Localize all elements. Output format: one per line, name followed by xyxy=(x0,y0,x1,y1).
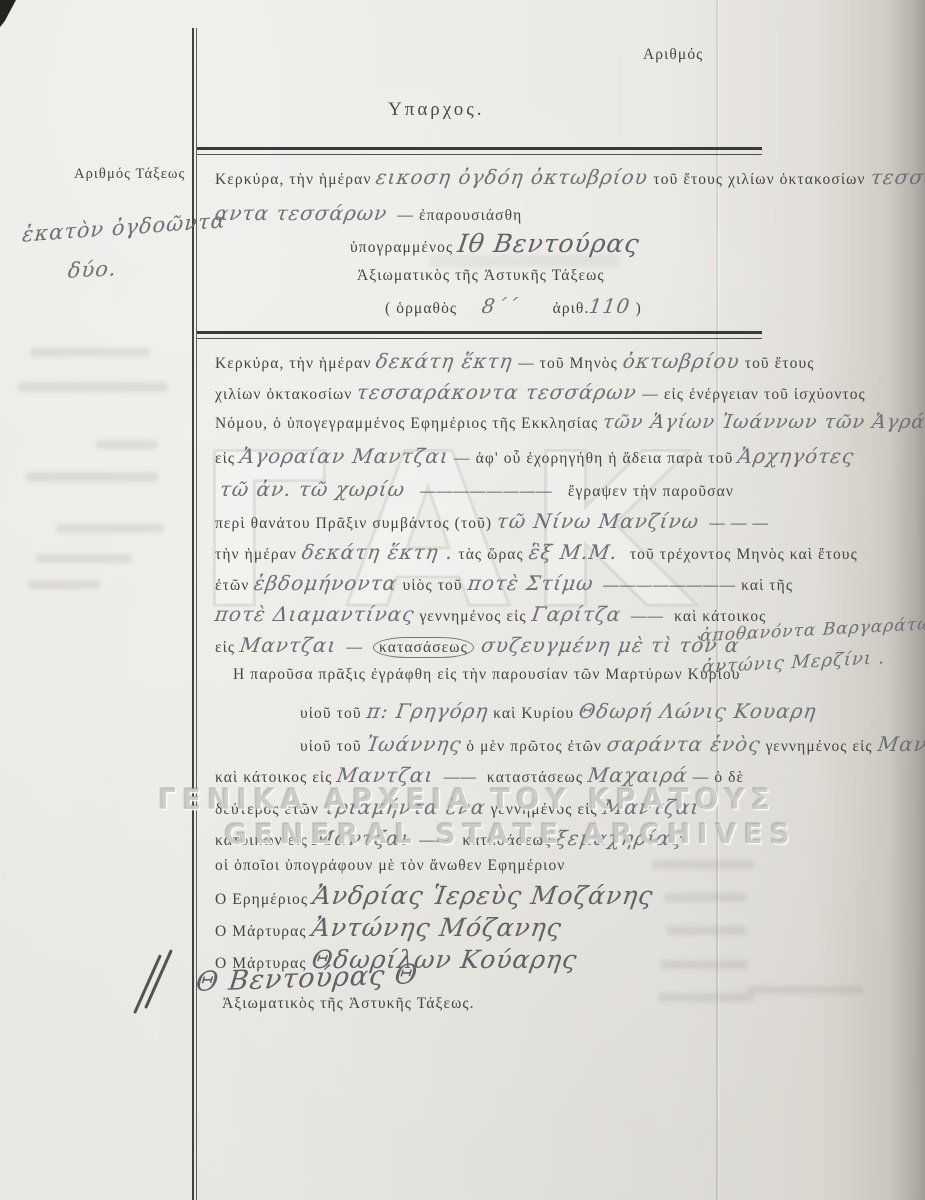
officer-title-footer: Ἀξιωματικὸς τῆς Ἀστυκῆς Τάξεως. xyxy=(222,995,475,1013)
witness1-father-line: υἱοῦ τοῦ π: Γρηγόρη καὶ Κυρίου Θδωρή Λών… xyxy=(300,699,817,723)
printed-text: ( ὁρμαθὸς xyxy=(385,300,482,317)
handwritten-text: Θ Βεντούρας Θ xyxy=(194,959,419,998)
handwritten-text: δύο. xyxy=(67,256,118,283)
handwritten-text: Ἰωάννης xyxy=(365,732,463,756)
printed-text: κατασάσεως xyxy=(373,637,474,658)
printed-text: Κερκύρα, τὴν ἡμέραν xyxy=(215,171,376,188)
witness1-signature-line: Ο Μάρτυρας Ἀντώνης Μόζανης xyxy=(215,913,561,942)
officer-title-line: Ἀξιωματικὸς τῆς Ἀστυκῆς Τάξεως xyxy=(357,267,605,285)
act-mother-birthplace-line: ποτὲ Διαμαντίνας γεννημένος εἰς Γαρίτζα … xyxy=(215,602,766,626)
printed-text: Ἀξιωματικὸς τῆς Ἀστυκῆς Τάξεως. xyxy=(222,995,475,1012)
handwritten-text: τριαμήντα ἕνα xyxy=(322,795,487,819)
bleed-through-mark xyxy=(652,860,754,869)
act-age-father-line: ἐτῶν ἑβδομήνοντα υἱὸς τοῦ ποτὲ Στίμω ———… xyxy=(215,571,793,595)
printed-text: Ἀξιωματικὸς τῆς Ἀστυκῆς Τάξεως xyxy=(357,267,605,284)
act-dateline: Κερκύρα, τὴν ἡμέραν δεκάτη ἕκτη — τοῦ Μη… xyxy=(215,349,814,373)
printed-text: ———————— καὶ τῆς xyxy=(593,577,793,594)
handwritten-text: Ἀγοραίαν Μαντζαι xyxy=(238,444,450,468)
handwritten-text: Γαρίτζα xyxy=(530,602,623,626)
handwritten-text: Μαντζαι xyxy=(311,826,411,850)
officer-signature: Θ Βεντούρας Θ xyxy=(196,959,419,998)
handwritten-text: δεκάτη ἕκτη xyxy=(375,349,515,373)
printed-text: —— καταστάσεως xyxy=(434,769,588,786)
printed-text: υἱοῦ τοῦ xyxy=(300,738,367,755)
printed-text: υἱὸς τοῦ xyxy=(398,577,468,594)
witness-residence-status-line: καὶ κάτοικος εἰς Μαντζαι —— καταστάσεως … xyxy=(215,763,744,787)
act-parish-line: εἰς Ἀγοραίαν Μαντζαι — ἀφ' οὗ ἐχορηγήθη … xyxy=(215,444,855,468)
handwritten-text: τεσσαρά - xyxy=(869,165,925,189)
printed-text: — τοῦ Μηνὸς xyxy=(513,355,623,372)
printed-text: Ο Ερημέριος xyxy=(215,891,313,908)
bleed-through-mark xyxy=(666,926,746,935)
act-year-line: χιλίων ὀκτακοσίων τεσσαράκοντα τεσσάρων … xyxy=(215,380,866,404)
witness2-residence-line: κατοικῶν εἰς Μαντζαι —— κατασάσεως ξεμαχ… xyxy=(215,826,683,850)
handwritten-text: τῶν Ἁγίων Ἰωάννων τῶν Ἀγράφων xyxy=(602,411,925,433)
order-number-label: Αριθμός Τάξεως xyxy=(74,166,185,183)
printed-text: εἰς xyxy=(215,450,240,467)
printed-text: οἱ ὁποῖοι ὑπογράφουν μὲ τὸν ἄνωθεν Εφημέ… xyxy=(215,857,565,874)
handwritten-text: τεσσαράκοντα τεσσάρων xyxy=(356,380,639,404)
handwritten-text: Μαντζαι xyxy=(336,763,436,787)
printed-text: τοῦ τρέχοντος Μηνὸς καὶ ἔτους xyxy=(625,546,858,563)
handwritten-text: Ἀντώνης Μόζανης xyxy=(310,913,564,942)
handwritten-text: Ἀνδρίας Ἱερεὺς Μοζάνης xyxy=(311,881,655,910)
signatures-intro-line: οἱ ὁποῖοι ὑπογράφουν μὲ τὸν ἄνωθεν Εφημέ… xyxy=(215,857,565,875)
printed-text: τὰς ὥρας xyxy=(453,546,528,563)
bleed-through-mark xyxy=(658,993,754,1002)
printed-text: χιλίων ὀκτακοσίων xyxy=(215,386,357,403)
bleed-through-mark xyxy=(746,986,864,994)
act-death-day-line: τὴν ἡμέραν δεκάτη ἕκτη . τὰς ὥρας ἓξ Μ.Μ… xyxy=(215,540,858,564)
bleed-through-mark xyxy=(30,348,150,357)
bleed-through-mark xyxy=(96,440,158,449)
section-divider-rule-bottom xyxy=(197,331,762,339)
printed-text: — ἐπαρουσιάσθη xyxy=(387,207,522,224)
handwritten-text: τῶ Νίνω Μανζίνω xyxy=(495,509,701,533)
printed-text: καὶ κάτοικος εἰς xyxy=(215,769,337,786)
handwritten-text: 110 xyxy=(588,294,633,318)
page-title: Υπαρχος. xyxy=(388,99,485,121)
handwritten-text: Ἀρχηγότες xyxy=(737,444,857,468)
undersigned-signature-line: ὑπογραμμένος Ιθ Βεντούρας xyxy=(350,229,640,258)
handwritten-text: σαράντα ἑνὸς xyxy=(605,732,762,756)
printed-text: τοῦ ἔτους χιλίων ὀκτακοσίων xyxy=(648,171,870,188)
handwritten-text: ὀκτωβρίου xyxy=(621,349,741,373)
printed-text: περὶ θανάτου Πρᾶξιν συμβάντος (τοῦ) xyxy=(215,515,497,532)
bundle-number-line: ( ὁρμαθὸς 8΄΄ ἀριθ.110 ) xyxy=(385,294,642,318)
bleed-through-mark xyxy=(28,580,100,589)
handwritten-text: Ιθ Βεντούρας xyxy=(456,229,642,258)
printed-text: — — — xyxy=(699,515,769,532)
handwritten-text: 8΄΄ xyxy=(480,294,519,318)
number-label: Αριθμός xyxy=(643,46,703,64)
act-priest-church-line: Νόμου, ὁ ὑπογεγραμμένος Εφημέριος τῆς Εκ… xyxy=(215,411,925,433)
printed-text: τὴν ἡμέραν xyxy=(215,546,302,563)
bleed-through-mark xyxy=(26,472,158,482)
printed-text: γεννημένος εἰς xyxy=(761,738,878,755)
bleed-through-mark xyxy=(660,960,748,969)
priest-signature-line: Ο Ερημέριος Ἀνδρίας Ἱερεὺς Μοζάνης xyxy=(215,881,653,910)
printed-text: τοῦ ἔτους xyxy=(740,355,815,372)
handwritten-text: αντα τεσσάρων xyxy=(213,201,389,225)
printed-text: —— κατασάσεως xyxy=(409,832,556,849)
printed-text: καὶ Κυρίου xyxy=(488,705,579,722)
printed-text: Ο Μάρτυρας xyxy=(215,923,312,940)
printed-text: γεννημένος εἰς xyxy=(415,608,532,625)
printed-text: ἐτῶν xyxy=(215,577,254,594)
printed-text: Νόμου, ὁ ὑπογεγραμμένος Εφημέριος τῆς Εκ… xyxy=(215,415,603,432)
document-page: ΓΑΚ Αριθμός Υπαρχος. Αριθμός Τάξεως ἑκατ… xyxy=(0,0,925,1200)
handwritten-text: π: Γρηγόρη xyxy=(365,699,490,723)
printed-text: — εἰς ἐνέργειαν τοῦ ἰσχύοντος xyxy=(637,386,865,403)
printed-text: ———————— ἔγραψεν τὴν παροῦσαν xyxy=(405,483,734,500)
printed-text: Κερκύρα, τὴν ἡμέραν xyxy=(215,355,376,372)
bleed-through-mark xyxy=(664,893,746,902)
handwritten-text: ποτὲ Διαμαντίνας xyxy=(213,602,416,626)
handwritten-text: Μαντζαι xyxy=(601,795,701,819)
section-divider-rule-top xyxy=(197,147,762,155)
printed-text: ) xyxy=(631,300,642,317)
printed-text: ὁ μὲν πρῶτος ἐτῶν xyxy=(461,738,607,755)
printed-text: γεννημένος εἰς xyxy=(486,801,603,818)
handwritten-text: Θδωρή Λώνις Κουαρη xyxy=(577,699,818,723)
handwritten-text: ξεμαχηρίας xyxy=(554,826,684,850)
bleed-through-mark xyxy=(56,524,164,533)
scan-corner-mark xyxy=(0,0,16,27)
printed-text: — ἀφ' οὗ ἐχορηγήθη ἡ ἄδεια παρὰ τοῦ xyxy=(449,450,738,467)
printed-text: δεύτερος ἐτῶν xyxy=(215,801,324,818)
witness2-age-line: δεύτερος ἐτῶν τριαμήντα ἕνα γεννημένος ε… xyxy=(215,795,699,819)
printed-text: — ὁ δὲ xyxy=(688,769,744,786)
handwritten-text: τῶ ἀν. τῶ χωρίω xyxy=(218,477,407,501)
handwritten-text: Μαχαιρά xyxy=(586,763,689,787)
printed-text: κατοικῶν εἰς xyxy=(215,832,313,849)
handwritten-text: ἑβδομήνοντα xyxy=(253,571,400,595)
presentation-dateline-cont: αντα τεσσάρων — ἐπαρουσιάσθη xyxy=(215,201,522,225)
handwritten-text: Μαντζαι xyxy=(238,633,338,657)
act-deceased-line: περὶ θανάτου Πρᾶξιν συμβάντος (τοῦ) τῶ Ν… xyxy=(215,509,769,533)
presentation-dateline: Κερκύρα, τὴν ἡμέραν εικοση ὀγδόη ὀκτωβρί… xyxy=(215,165,925,189)
act-village-line: τῶ ἀν. τῶ χωρίω ———————— ἔγραψεν τὴν παρ… xyxy=(220,477,734,501)
printed-text: ἀριθ. xyxy=(518,300,590,317)
printed-text: Η παροῦσα πρᾶξις ἐγράφθη εἰς τὴν παρουσί… xyxy=(233,666,740,683)
handwritten-text: ἓξ Μ.Μ. xyxy=(527,540,627,564)
handwritten-text: Μαντζαι xyxy=(876,732,925,756)
bleed-through-mark xyxy=(36,554,132,563)
order-number-handwritten: δύο. xyxy=(50,238,118,301)
printed-text: εἰς xyxy=(215,639,240,656)
act-residence-status-line: εἰς Μαντζαι — κατασάσεως συζευγμένη μὲ τ… xyxy=(215,633,750,657)
handwritten-text: εικοση ὀγδόη ὀκτωβρίου xyxy=(375,165,650,189)
handwritten-text: ποτὲ Στίμω xyxy=(466,571,595,595)
witness2-father-line: υἱοῦ τοῦ Ἰωάννης ὁ μὲν πρῶτος ἐτῶν σαράν… xyxy=(300,732,925,756)
printed-text: — xyxy=(337,639,374,656)
bleed-through-mark xyxy=(18,382,168,392)
printed-text: ὑπογραμμένος xyxy=(350,239,458,256)
witnesses-intro-line: Η παροῦσα πρᾶξις ἐγράφθη εἰς τὴν παρουσί… xyxy=(233,666,740,684)
printed-text: —— καὶ κάτοικος xyxy=(621,608,766,625)
printed-text: υἱοῦ τοῦ xyxy=(300,705,367,722)
handwritten-text: δεκάτη ἕκτη . xyxy=(300,540,455,564)
